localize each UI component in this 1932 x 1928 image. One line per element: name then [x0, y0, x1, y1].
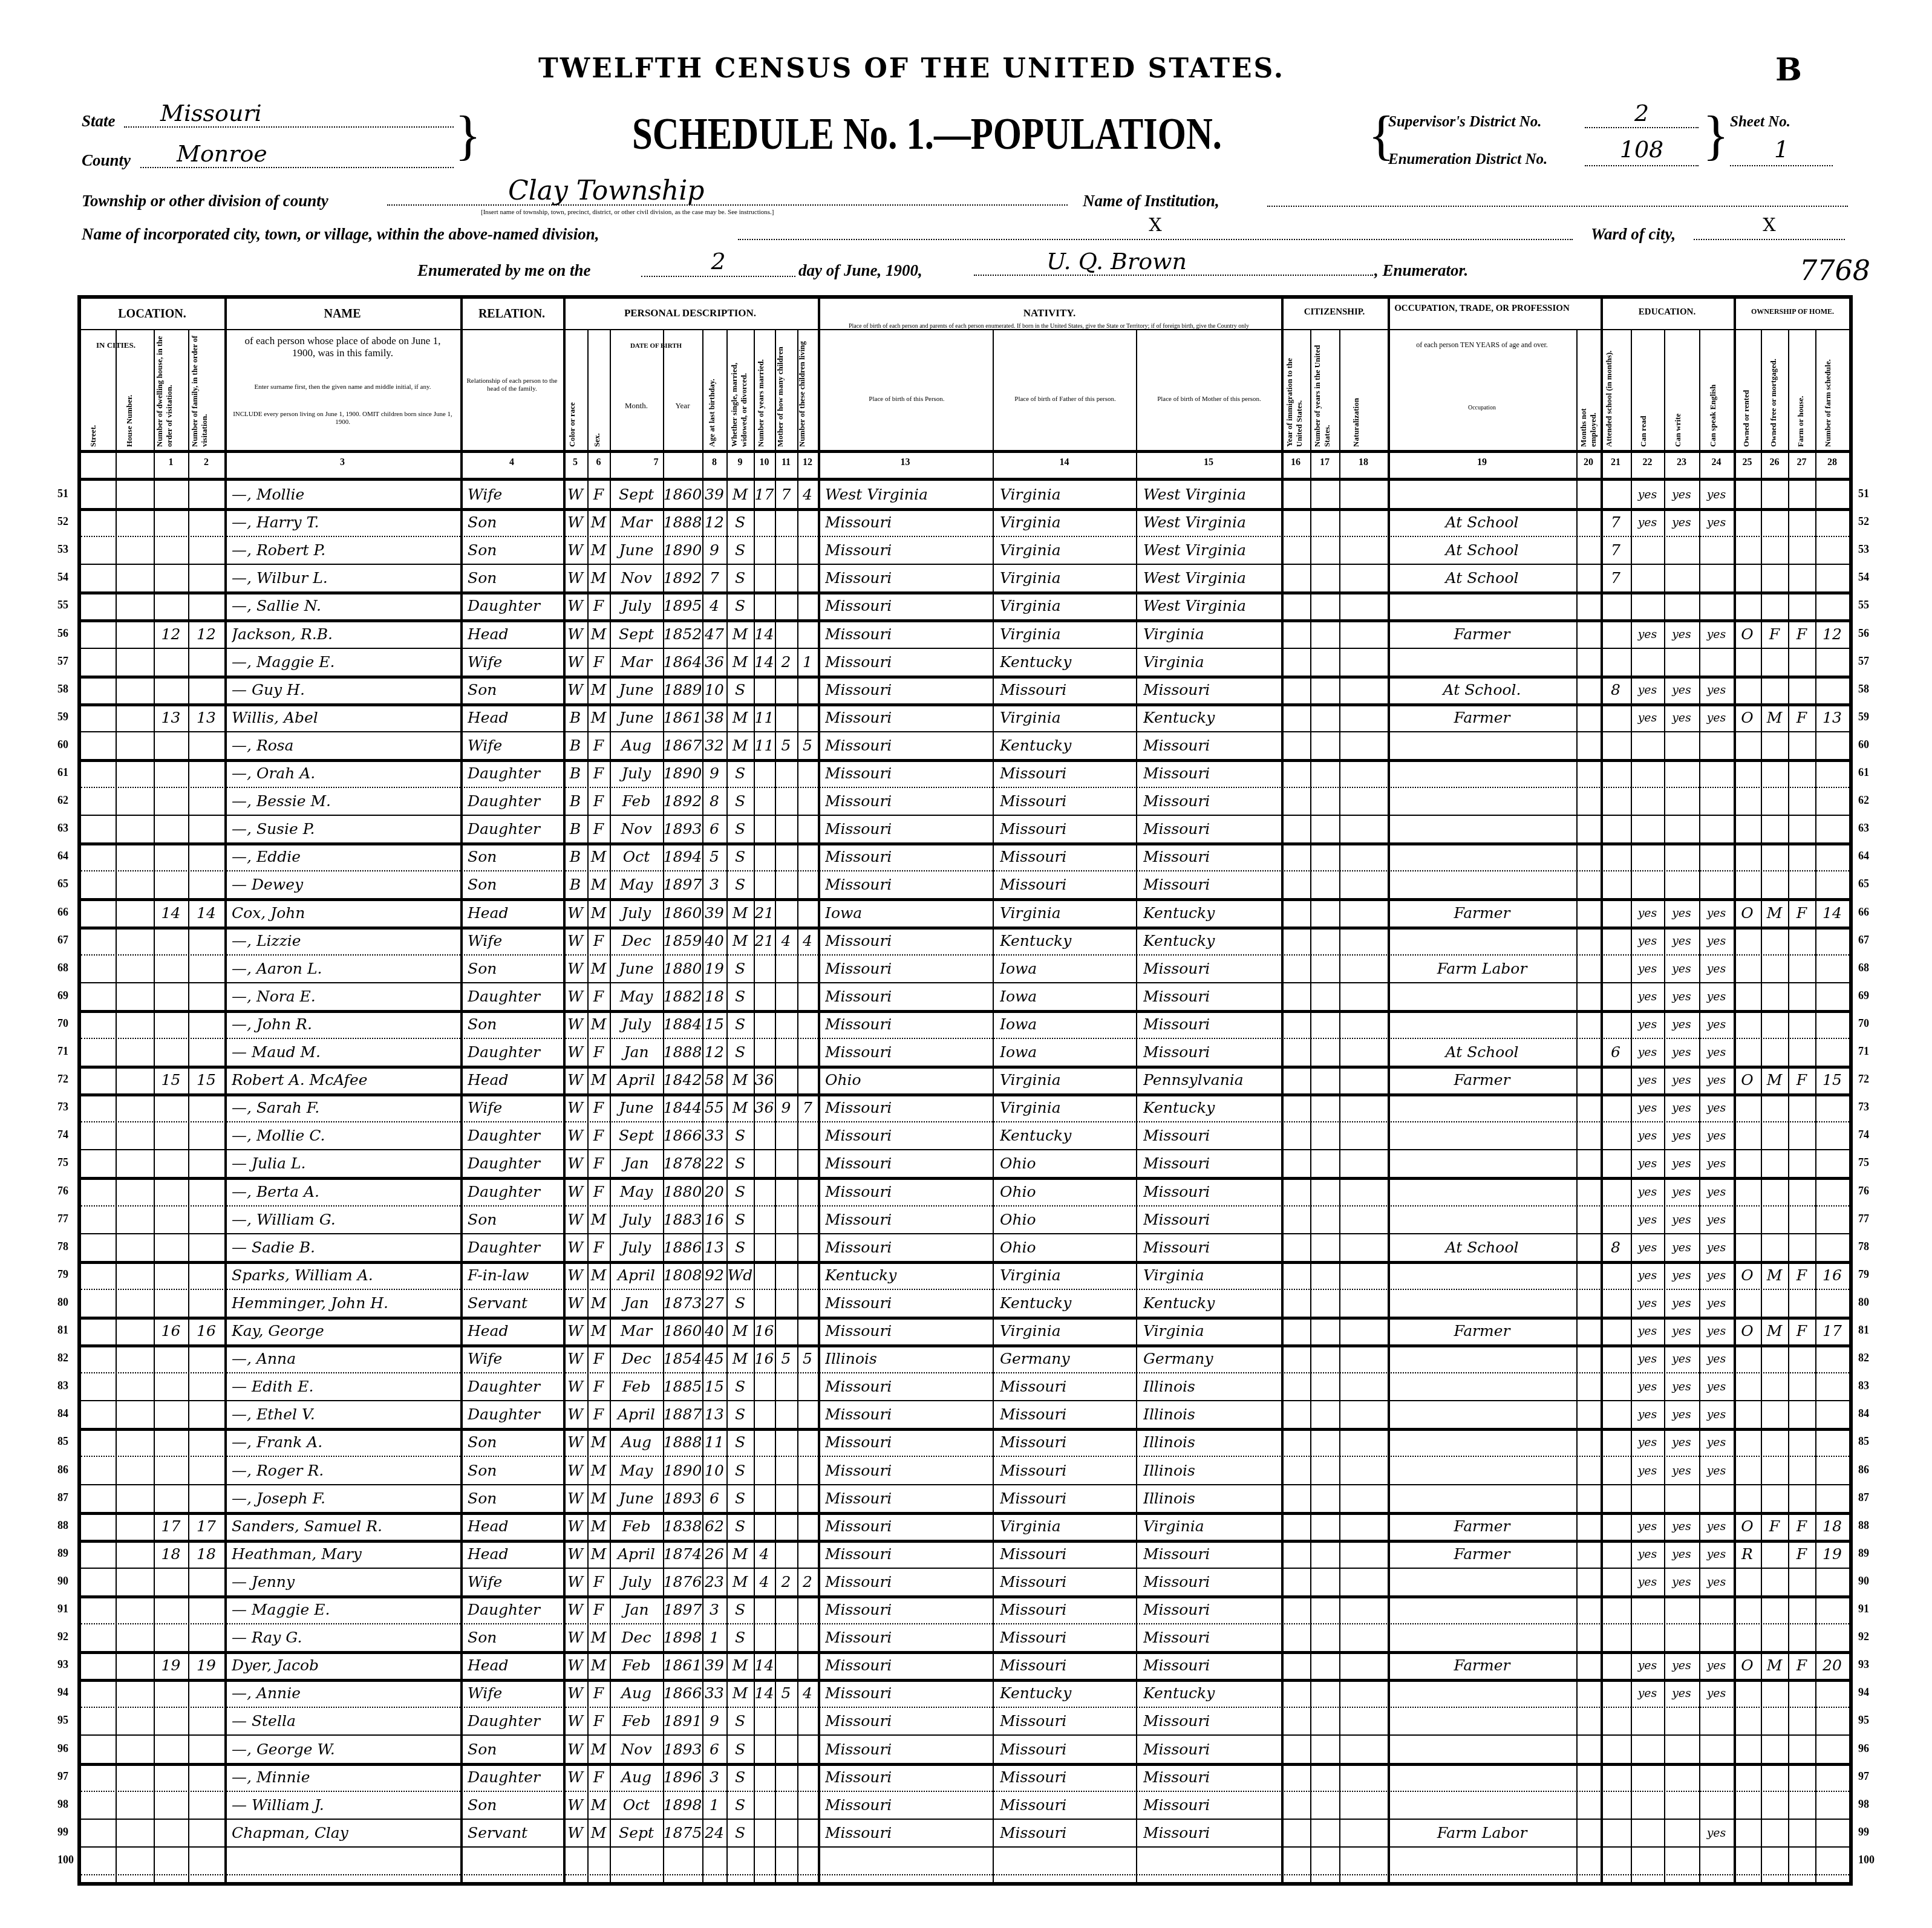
sheet-letter: B: [1775, 51, 1802, 88]
cell-read: yes: [1631, 706, 1664, 730]
cell-school: [1601, 1402, 1631, 1427]
line-number-left: 94: [57, 1686, 68, 1699]
cell-relation: Head: [468, 1319, 562, 1343]
cell-family: [188, 1208, 224, 1232]
cell-read: [1631, 1849, 1664, 1873]
cell-school: [1601, 1124, 1631, 1148]
cell-color: W: [563, 483, 587, 507]
cell-name: Robert A. McAfee: [232, 1068, 459, 1092]
cell-color: W: [563, 1096, 587, 1120]
cell-read: yes: [1631, 1681, 1664, 1705]
vheader-can-read: Can read: [1639, 389, 1648, 447]
cell-marital: S: [726, 1151, 754, 1176]
cell-read: yes: [1631, 1236, 1664, 1260]
cell-schedule: [1815, 734, 1849, 758]
cell-mother: West Virginia: [1143, 483, 1280, 507]
cell-mother: Virginia: [1143, 650, 1280, 674]
cell-relation: Head: [468, 1068, 562, 1092]
line-number-left: 78: [57, 1240, 68, 1253]
cell-relation: Son: [468, 566, 562, 590]
cell-living: [797, 622, 818, 646]
cell-age: 11: [702, 1430, 726, 1454]
cell-dwelling: 18: [154, 1542, 188, 1566]
cell-own: [1734, 1124, 1761, 1148]
cell-dwelling: [154, 1737, 188, 1762]
cell-write: yes: [1664, 1347, 1699, 1371]
cell-color: W: [563, 622, 587, 646]
cell-age: 13: [702, 1402, 726, 1427]
cell-marital: S: [726, 1012, 754, 1037]
cell-write: yes: [1664, 622, 1699, 646]
cell-farm: [1788, 510, 1815, 535]
cell-age: 1: [702, 1626, 726, 1650]
cell-occupation: Farmer: [1388, 1653, 1576, 1678]
cell-dwelling: [154, 1208, 188, 1232]
cell-english: [1699, 789, 1734, 813]
cell-birth: Missouri: [825, 1208, 991, 1232]
cell-birth: Missouri: [825, 622, 991, 646]
cell-year: 1890: [663, 538, 702, 562]
cell-mother-of: [775, 1068, 797, 1092]
cell-farm: F: [1788, 1514, 1815, 1539]
cell-month: Mar: [610, 1319, 663, 1343]
cell-school: [1601, 1180, 1631, 1204]
cell-color: W: [563, 650, 587, 674]
cell-marital: S: [726, 1375, 754, 1399]
column-number: 27: [1788, 457, 1815, 468]
cell-birth: Missouri: [825, 1124, 991, 1148]
cell-month: Sept: [610, 1124, 663, 1148]
cell-mother: Missouri: [1143, 1765, 1280, 1790]
cell-own: [1734, 1598, 1761, 1622]
cell-age: 13: [702, 1236, 726, 1260]
cell-living: [797, 706, 818, 730]
cell-father: Missouri: [1000, 845, 1135, 869]
cell-english: yes: [1699, 1012, 1734, 1037]
cell-sex: F: [587, 761, 610, 786]
cell-sex: M: [587, 1793, 610, 1817]
cell-own: [1734, 873, 1761, 897]
cell-month: Sept: [610, 1821, 663, 1845]
cell-birth: Missouri: [825, 1319, 991, 1343]
cell-schedule: [1815, 1709, 1849, 1733]
cell-farm: [1788, 845, 1815, 869]
cell-relation: Daughter: [468, 761, 562, 786]
cell-marital: M: [726, 1653, 754, 1678]
city-field[interactable]: X: [738, 215, 1573, 240]
cell-name: — Maggie E.: [232, 1598, 459, 1622]
cell-write: yes: [1664, 483, 1699, 507]
cell-free: [1761, 1793, 1788, 1817]
enumerated-day-field[interactable]: 2: [641, 248, 795, 277]
cell-sex: F: [587, 1570, 610, 1594]
cell-free: [1761, 957, 1788, 981]
cell-farm: [1788, 1765, 1815, 1790]
cell-month: June: [610, 538, 663, 562]
line-number-right: 86: [1858, 1464, 1869, 1476]
cell-farm: [1788, 1375, 1815, 1399]
cell-family: [188, 1598, 224, 1622]
cell-name: Heathman, Mary: [232, 1542, 459, 1566]
cell-sex: M: [587, 1319, 610, 1343]
cell-living: [797, 1319, 818, 1343]
cell-read: yes: [1631, 622, 1664, 646]
cell-marital: S: [726, 1040, 754, 1064]
line-number-right: 73: [1858, 1101, 1869, 1113]
heading-relation: RELATION.: [460, 307, 563, 321]
cell-write: [1664, 817, 1699, 841]
enumeration-district-field[interactable]: 108: [1585, 136, 1699, 166]
cell-occupation: Farmer: [1388, 901, 1576, 925]
cell-year: 1896: [663, 1765, 702, 1790]
cell-years-married: [754, 1737, 775, 1762]
cell-read: [1631, 1709, 1664, 1733]
cell-write: yes: [1664, 1012, 1699, 1037]
cell-month: July: [610, 594, 663, 618]
cell-marital: M: [726, 1542, 754, 1566]
cell-english: [1699, 1849, 1734, 1873]
line-number-right: 95: [1858, 1714, 1869, 1727]
cell-marital: M: [726, 1570, 754, 1594]
cell-name: —, Sarah F.: [232, 1096, 459, 1120]
cell-own: [1734, 1626, 1761, 1650]
cell-occupation: [1388, 1737, 1576, 1762]
line-number-right: 78: [1858, 1240, 1869, 1253]
cell-school: 7: [1601, 566, 1631, 590]
cell-free: [1761, 1821, 1788, 1845]
cell-mother-of: [775, 957, 797, 981]
cell-years-married: [754, 957, 775, 981]
cell-occupation: At School: [1388, 538, 1576, 562]
cell-occupation: At School: [1388, 510, 1576, 535]
cell-free: [1761, 538, 1788, 562]
line-number-right: 74: [1858, 1128, 1869, 1141]
cell-school: [1601, 1570, 1631, 1594]
cell-living: [797, 1263, 818, 1288]
cell-age: 15: [702, 1375, 726, 1399]
cell-own: O: [1734, 1068, 1761, 1092]
cell-mother-of: [775, 1180, 797, 1204]
cell-year: 1895: [663, 594, 702, 618]
cell-name: — Stella: [232, 1709, 459, 1733]
cell-color: [563, 1849, 587, 1873]
cell-farm: [1788, 761, 1815, 786]
cell-mother-of: [775, 1459, 797, 1483]
ward-field[interactable]: X: [1694, 215, 1845, 240]
cell-relation: Servant: [468, 1291, 562, 1315]
line-number-left: 77: [57, 1213, 68, 1225]
cell-own: [1734, 566, 1761, 590]
cell-age: 1: [702, 1793, 726, 1817]
cell-age: 47: [702, 622, 726, 646]
cell-years-married: 16: [754, 1347, 775, 1371]
cell-relation: Wife: [468, 1681, 562, 1705]
cell-english: yes: [1699, 1430, 1734, 1454]
cell-school: [1601, 873, 1631, 897]
cell-read: [1631, 761, 1664, 786]
line-number-right: 52: [1858, 515, 1869, 528]
cell-sex: M: [587, 901, 610, 925]
cell-school: [1601, 1347, 1631, 1371]
cell-schedule: [1815, 1570, 1849, 1594]
institution-field[interactable]: [1267, 181, 1848, 207]
cell-father: Virginia: [1000, 483, 1135, 507]
cell-mother-of: 9: [775, 1096, 797, 1120]
cell-schedule: [1815, 1681, 1849, 1705]
cell-year: 1897: [663, 873, 702, 897]
cell-sex: M: [587, 1487, 610, 1511]
cell-sex: M: [587, 678, 610, 702]
cell-color: W: [563, 678, 587, 702]
sheet-number-field[interactable]: 1: [1730, 136, 1833, 166]
cell-father: Missouri: [1000, 1793, 1135, 1817]
cell-write: [1664, 873, 1699, 897]
cell-farm: [1788, 538, 1815, 562]
cell-birth: Missouri: [825, 1681, 991, 1705]
cell-father: Virginia: [1000, 1096, 1135, 1120]
cell-years-married: 14: [754, 1653, 775, 1678]
cell-living: 5: [797, 734, 818, 758]
cell-free: [1761, 1375, 1788, 1399]
line-number-right: 56: [1858, 627, 1869, 640]
cell-farm: [1788, 873, 1815, 897]
cell-marital: M: [726, 622, 754, 646]
cell-farm: [1788, 1487, 1815, 1511]
table-row: —, Bessie M.DaughterBFFeb18928SMissouriM…: [81, 787, 1849, 815]
cell-mother: Illinois: [1143, 1402, 1280, 1427]
table-row: —, RosaWifeBFAug186732M1155MissouriKentu…: [81, 731, 1849, 759]
cell-family: [188, 1375, 224, 1399]
line-number-right: 72: [1858, 1073, 1869, 1086]
cell-age: 9: [702, 538, 726, 562]
cell-mother-of: [775, 1040, 797, 1064]
vheader-years-us: Number of years in the United States.: [1313, 335, 1337, 447]
cell-english: yes: [1699, 957, 1734, 981]
cell-mother-of: [775, 985, 797, 1009]
cell-own: [1734, 1180, 1761, 1204]
cell-year: 1885: [663, 1375, 702, 1399]
cell-years-married: [754, 1821, 775, 1845]
cell-marital: S: [726, 1459, 754, 1483]
cell-dwelling: [154, 1236, 188, 1260]
cell-marital: S: [726, 1598, 754, 1622]
cell-own: [1734, 1849, 1761, 1873]
cell-living: [797, 678, 818, 702]
vheader-house: House Number.: [125, 365, 134, 447]
cell-own: [1734, 929, 1761, 953]
state-field[interactable]: Missouri: [124, 100, 454, 128]
cell-mother-of: 5: [775, 1681, 797, 1705]
cell-sex: [587, 1849, 610, 1873]
cell-mother: Virginia: [1143, 1319, 1280, 1343]
line-number-left: 88: [57, 1519, 68, 1532]
cell-age: 6: [702, 1737, 726, 1762]
cell-living: [797, 1653, 818, 1678]
county-field[interactable]: Monroe: [140, 140, 454, 168]
cell-sex: F: [587, 594, 610, 618]
cell-farm: F: [1788, 706, 1815, 730]
cell-marital: S: [726, 510, 754, 535]
cell-marital: S: [726, 566, 754, 590]
cell-dwelling: [154, 957, 188, 981]
line-number-right: 88: [1858, 1519, 1869, 1532]
cell-years-married: 36: [754, 1096, 775, 1120]
cell-father: Iowa: [1000, 1012, 1135, 1037]
cell-write: yes: [1664, 1124, 1699, 1148]
line-number-right: 53: [1858, 543, 1869, 556]
cell-english: yes: [1699, 1040, 1734, 1064]
cell-color: B: [563, 789, 587, 813]
cell-year: 1880: [663, 957, 702, 981]
cell-schedule: 19: [1815, 1542, 1849, 1566]
township-field[interactable]: Clay Township: [387, 175, 1068, 206]
cell-age: 6: [702, 1487, 726, 1511]
cell-occupation: [1388, 817, 1576, 841]
cell-mother: Missouri: [1143, 845, 1280, 869]
cell-living: [797, 761, 818, 786]
cell-age: 40: [702, 1319, 726, 1343]
cell-year: 1808: [663, 1263, 702, 1288]
cell-sex: F: [587, 1236, 610, 1260]
cell-marital: M: [726, 1681, 754, 1705]
cell-own: [1734, 957, 1761, 981]
cell-color: W: [563, 1737, 587, 1762]
cell-mother-of: [775, 1821, 797, 1845]
brace-left: }: [455, 109, 481, 163]
table-row: — DeweySonBMMay18973SMissouriMissouriMis…: [81, 870, 1849, 898]
cell-marital: M: [726, 734, 754, 758]
cell-father: Virginia: [1000, 1319, 1135, 1343]
enumerator-name-field[interactable]: U. Q. Brown: [974, 248, 1373, 276]
column-number: 12: [797, 457, 818, 468]
cell-marital: S: [726, 678, 754, 702]
cell-occupation: [1388, 1263, 1576, 1288]
cell-mother: Missouri: [1143, 761, 1280, 786]
cell-school: [1601, 1263, 1631, 1288]
cell-relation: Daughter: [468, 1040, 562, 1064]
cell-birth: Iowa: [825, 901, 991, 925]
cell-english: [1699, 761, 1734, 786]
cell-school: [1601, 1430, 1631, 1454]
ward-label: Ward of city,: [1591, 225, 1676, 244]
cell-family: [188, 1180, 224, 1204]
cell-school: [1601, 1793, 1631, 1817]
cell-mother-of: [775, 1291, 797, 1315]
cell-read: yes: [1631, 1347, 1664, 1371]
cell-name: — Sadie B.: [232, 1236, 459, 1260]
cell-year: 1890: [663, 1459, 702, 1483]
table-row: — JennyWifeWFJuly187623M422MissouriMisso…: [81, 1568, 1849, 1595]
cell-family: 17: [188, 1514, 224, 1539]
cell-free: [1761, 1402, 1788, 1427]
cell-name: — Dewey: [232, 873, 459, 897]
cell-age: 3: [702, 1765, 726, 1790]
cell-relation: Wife: [468, 650, 562, 674]
cell-english: yes: [1699, 1319, 1734, 1343]
cell-marital: M: [726, 901, 754, 925]
cell-color: W: [563, 538, 587, 562]
cell-mother: Missouri: [1143, 1012, 1280, 1037]
cell-schedule: [1815, 1180, 1849, 1204]
cell-schedule: [1815, 650, 1849, 674]
cell-year: 1864: [663, 650, 702, 674]
cell-color: W: [563, 1236, 587, 1260]
cell-living: [797, 1821, 818, 1845]
cell-english: yes: [1699, 1653, 1734, 1678]
cell-english: yes: [1699, 1236, 1734, 1260]
cell-dwelling: [154, 845, 188, 869]
cell-years-married: 21: [754, 929, 775, 953]
cell-age: 7: [702, 566, 726, 590]
cell-family: [188, 873, 224, 897]
cell-birth: Missouri: [825, 678, 991, 702]
cell-age: 5: [702, 845, 726, 869]
cell-birth: West Virginia: [825, 483, 991, 507]
cell-color: W: [563, 1542, 587, 1566]
table-row: —, Sallie N.DaughterWFJuly18954SMissouri…: [81, 591, 1849, 619]
cell-birth: Missouri: [825, 650, 991, 674]
cell-color: W: [563, 1765, 587, 1790]
cell-dwelling: [154, 1487, 188, 1511]
cell-farm: [1788, 678, 1815, 702]
cell-occupation: [1388, 594, 1576, 618]
cell-english: yes: [1699, 1096, 1734, 1120]
supervisor-district-field[interactable]: 2: [1585, 100, 1699, 128]
cell-birth: Missouri: [825, 957, 991, 981]
cell-school: 8: [1601, 1236, 1631, 1260]
cell-occupation: [1388, 1570, 1576, 1594]
cell-english: [1699, 1598, 1734, 1622]
line-number-left: 76: [57, 1185, 68, 1197]
cell-living: [797, 538, 818, 562]
cell-name: —, Sallie N.: [232, 594, 459, 618]
cell-age: 23: [702, 1570, 726, 1594]
cell-year: 1852: [663, 622, 702, 646]
cell-free: [1761, 845, 1788, 869]
line-number-left: 68: [57, 962, 68, 974]
cell-mother-of: [775, 901, 797, 925]
line-number-right: 79: [1858, 1268, 1869, 1281]
line-number-left: 91: [57, 1603, 68, 1615]
table-row: 1717Sanders, Samuel R.HeadWMFeb183862SMi…: [81, 1512, 1849, 1540]
cell-year: 1844: [663, 1096, 702, 1120]
table-row: — Edith E.DaughterWFFeb188515SMissouriMi…: [81, 1372, 1849, 1400]
cell-year: 1894: [663, 845, 702, 869]
cell-own: [1734, 1570, 1761, 1594]
county-label: County: [82, 151, 131, 170]
cell-farm: [1788, 1151, 1815, 1176]
cell-schedule: [1815, 985, 1849, 1009]
cell-own: [1734, 1765, 1761, 1790]
column-number: 21: [1601, 457, 1631, 468]
cell-birth: Ohio: [825, 1068, 991, 1092]
cell-schedule: [1815, 1040, 1849, 1064]
cell-marital: [726, 1849, 754, 1873]
cell-school: [1601, 1012, 1631, 1037]
cell-english: [1699, 650, 1734, 674]
cell-year: 1893: [663, 1737, 702, 1762]
cell-free: [1761, 1096, 1788, 1120]
cell-sex: F: [587, 1709, 610, 1733]
cell-free: [1761, 873, 1788, 897]
cell-color: W: [563, 1626, 587, 1650]
cell-family: [188, 538, 224, 562]
cell-dwelling: [154, 1570, 188, 1594]
cell-name: —, Annie: [232, 1681, 459, 1705]
cell-own: O: [1734, 1514, 1761, 1539]
cell-relation: Head: [468, 706, 562, 730]
column-number: 4: [460, 457, 563, 468]
